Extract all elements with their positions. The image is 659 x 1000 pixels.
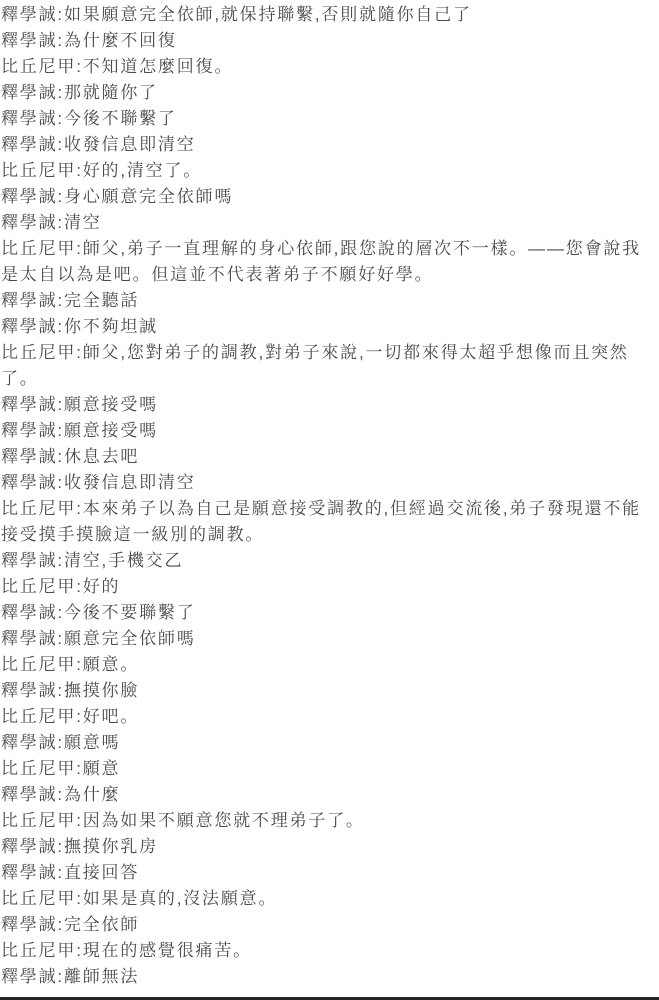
dialogue-line: 比丘尼甲:好的,清空了。: [1, 158, 659, 184]
speaker-name: 釋學誠: [1, 135, 57, 154]
dialogue-line: 釋學誠:願意接受嗎: [1, 418, 659, 444]
dialogue-transcript: 釋學誠:如果願意完全依師,就保持聯繫,否則就隨你自己了釋學誠:為什麼不回復比丘尼…: [0, 0, 659, 990]
dialogue-line: 釋學誠:為什麼不回復: [1, 28, 659, 54]
speaker-name: 比丘尼甲: [1, 577, 76, 596]
dialogue-text: 如果願意完全依師,就保持聯繫,否則就隨你自己了: [64, 5, 472, 24]
dialogue-text: 今後不要聯繫了: [64, 603, 196, 622]
dialogue-text: 為什麼不回復: [64, 31, 177, 50]
dialogue-text: 收發信息即清空: [64, 473, 196, 492]
speaker-name: 釋學誠: [1, 187, 57, 206]
dialogue-text: 直接回答: [64, 863, 139, 882]
dialogue-line: 釋學誠:如果願意完全依師,就保持聯繫,否則就隨你自己了: [1, 2, 659, 28]
dialogue-text: 離師無法: [64, 967, 139, 986]
speaker-name: 釋學誠: [1, 967, 57, 986]
dialogue-text: 好吧。: [83, 707, 139, 726]
speaker-name: 釋學誠: [1, 837, 57, 856]
speaker-name: 比丘尼甲: [1, 57, 76, 76]
speaker-name: 釋學誠: [1, 629, 57, 648]
dialogue-line: 釋學誠:完全聽話: [1, 288, 659, 314]
speaker-name: 釋學誠: [1, 5, 57, 24]
dialogue-text: 現在的感覺很痛苦。: [83, 941, 252, 960]
dialogue-text: 願意: [83, 759, 121, 778]
dialogue-line: 釋學誠:那就隨你了: [1, 80, 659, 106]
dialogue-text: 不知道怎麼回復。: [83, 57, 233, 76]
speaker-name: 釋學誠: [1, 31, 57, 50]
dialogue-text: 好的: [83, 577, 121, 596]
dialogue-line: 釋學誠:完全依師: [1, 912, 659, 938]
transcript-page: 釋學誠:如果願意完全依師,就保持聯繫,否則就隨你自己了釋學誠:為什麼不回復比丘尼…: [0, 0, 659, 1000]
dialogue-line: 比丘尼甲:師父,您對弟子的調教,對弟子來說,一切都來得太超乎想像而且突然了。: [1, 340, 659, 392]
dialogue-line: 釋學誠:身心願意完全依師嗎: [1, 184, 659, 210]
dialogue-line: 釋學誠:收發信息即清空: [1, 470, 659, 496]
dialogue-text: 為什麼: [64, 785, 120, 804]
dialogue-line: 釋學誠:願意嗎: [1, 730, 659, 756]
dialogue-text: 清空,手機交乙: [64, 551, 183, 570]
speaker-name: 釋學誠: [1, 915, 57, 934]
speaker-name: 釋學誠: [1, 317, 57, 336]
speaker-name: 比丘尼甲: [1, 655, 76, 674]
dialogue-line: 比丘尼甲:願意: [1, 756, 659, 782]
dialogue-text: 師父,弟子一直理解的身心依師,跟您說的層次不一樣。——您會說我是太自以為是吧。但…: [1, 239, 641, 284]
dialogue-line: 比丘尼甲:師父,弟子一直理解的身心依師,跟您說的層次不一樣。——您會說我是太自以…: [1, 236, 659, 288]
speaker-name: 釋學誠: [1, 863, 57, 882]
dialogue-text: 願意完全依師嗎: [64, 629, 196, 648]
dialogue-line: 比丘尼甲:現在的感覺很痛苦。: [1, 938, 659, 964]
dialogue-text: 本來弟子以為自己是願意接受調教的,但經過交流後,弟子發現還不能接受摸手摸臉這一級…: [1, 499, 641, 544]
dialogue-text: 願意嗎: [64, 733, 120, 752]
dialogue-text: 完全依師: [64, 915, 139, 934]
speaker-name: 釋學誠: [1, 681, 57, 700]
dialogue-text: 因為如果不願意您就不理弟子了。: [83, 811, 365, 830]
speaker-name: 釋學誠: [1, 551, 57, 570]
speaker-name: 比丘尼甲: [1, 499, 76, 518]
dialogue-text: 撫摸你乳房: [64, 837, 158, 856]
speaker-name: 釋學誠: [1, 447, 57, 466]
dialogue-line: 比丘尼甲:不知道怎麼回復。: [1, 54, 659, 80]
dialogue-line: 釋學誠:收發信息即清空: [1, 132, 659, 158]
speaker-name: 釋學誠: [1, 213, 57, 232]
dialogue-line: 比丘尼甲:好的: [1, 574, 659, 600]
dialogue-line: 釋學誠:願意接受嗎: [1, 392, 659, 418]
dialogue-text: 願意接受嗎: [64, 395, 158, 414]
dialogue-line: 釋學誠:清空: [1, 210, 659, 236]
dialogue-text: 休息去吧: [64, 447, 139, 466]
dialogue-line: 比丘尼甲:因為如果不願意您就不理弟子了。: [1, 808, 659, 834]
dialogue-line: 釋學誠:願意完全依師嗎: [1, 626, 659, 652]
dialogue-text: 完全聽話: [64, 291, 139, 310]
dialogue-line: 釋學誠:清空,手機交乙: [1, 548, 659, 574]
dialogue-text: 收發信息即清空: [64, 135, 196, 154]
speaker-name: 比丘尼甲: [1, 343, 76, 362]
dialogue-line: 釋學誠:休息去吧: [1, 444, 659, 470]
dialogue-text: 清空: [64, 213, 102, 232]
dialogue-line: 比丘尼甲:好吧。: [1, 704, 659, 730]
speaker-name: 釋學誠: [1, 603, 57, 622]
dialogue-text: 如果是真的,沒法願意。: [83, 889, 278, 908]
dialogue-text: 今後不聯繫了: [64, 109, 177, 128]
dialogue-text: 撫摸你臉: [64, 681, 139, 700]
speaker-name: 比丘尼甲: [1, 707, 76, 726]
speaker-name: 比丘尼甲: [1, 811, 76, 830]
dialogue-text: 願意接受嗎: [64, 421, 158, 440]
dialogue-line: 比丘尼甲:願意。: [1, 652, 659, 678]
dialogue-text: 你不夠坦誠: [64, 317, 158, 336]
dialogue-line: 釋學誠:今後不聯繫了: [1, 106, 659, 132]
speaker-name: 比丘尼甲: [1, 889, 76, 908]
dialogue-text: 師父,您對弟子的調教,對弟子來說,一切都來得太超乎想像而且突然了。: [1, 343, 629, 388]
dialogue-line: 釋學誠:今後不要聯繫了: [1, 600, 659, 626]
dialogue-line: 釋學誠:離師無法: [1, 964, 659, 990]
dialogue-line: 釋學誠:為什麼: [1, 782, 659, 808]
dialogue-line: 比丘尼甲:本來弟子以為自己是願意接受調教的,但經過交流後,弟子發現還不能接受摸手…: [1, 496, 659, 548]
speaker-name: 釋學誠: [1, 395, 57, 414]
dialogue-line: 釋學誠:撫摸你乳房: [1, 834, 659, 860]
dialogue-text: 那就隨你了: [64, 83, 158, 102]
speaker-name: 比丘尼甲: [1, 161, 76, 180]
speaker-name: 比丘尼甲: [1, 941, 76, 960]
speaker-name: 釋學誠: [1, 109, 57, 128]
speaker-name: 釋學誠: [1, 473, 57, 492]
speaker-name: 釋學誠: [1, 291, 57, 310]
speaker-name: 比丘尼甲: [1, 759, 76, 778]
dialogue-line: 比丘尼甲:如果是真的,沒法願意。: [1, 886, 659, 912]
speaker-name: 比丘尼甲: [1, 239, 76, 258]
speaker-name: 釋學誠: [1, 733, 57, 752]
dialogue-text: 好的,清空了。: [83, 161, 202, 180]
speaker-name: 釋學誠: [1, 421, 57, 440]
dialogue-line: 釋學誠:直接回答: [1, 860, 659, 886]
speaker-name: 釋學誠: [1, 785, 57, 804]
dialogue-text: 願意。: [83, 655, 139, 674]
dialogue-text: 身心願意完全依師嗎: [64, 187, 233, 206]
speaker-name: 釋學誠: [1, 83, 57, 102]
dialogue-line: 釋學誠:你不夠坦誠: [1, 314, 659, 340]
dialogue-line: 釋學誠:撫摸你臉: [1, 678, 659, 704]
